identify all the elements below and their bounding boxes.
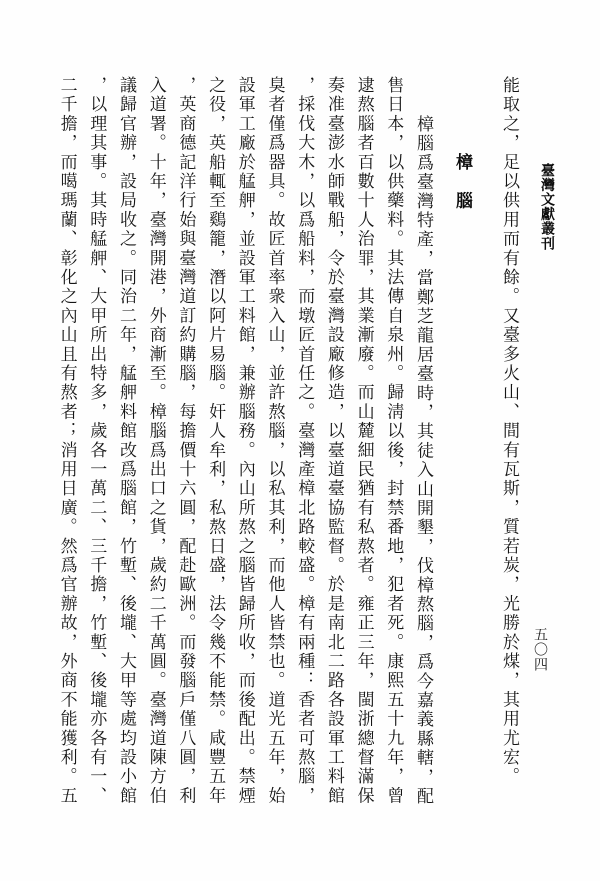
text-column: 奏准臺澎水師戰船，令於臺灣設廠修造，以臺道臺協監督。於是南北二路各設軍工料館 bbox=[324, 76, 344, 806]
text-column: 樟腦爲臺灣特產，當鄭芝龍居臺時，其徒入山開墾，伐樟熬腦，爲今嘉義縣轄，配 bbox=[413, 115, 433, 806]
text-column: 臭者僅爲器具。故匠首率衆入山，並許熬腦，以私其利，而他人皆禁也。道光五年，始 bbox=[265, 76, 285, 806]
scanned-book-page: 臺灣文獻叢刊 五〇四 能取之，足以供用而有餘。又臺多火山、間有瓦斯，質若炭，光勝… bbox=[0, 0, 600, 881]
text-column-lead: 能取之，足以供用而有餘。又臺多火山、間有瓦斯，質若炭，光勝於煤，其用尤宏。 bbox=[499, 76, 519, 786]
page-number: 五〇四 bbox=[532, 627, 548, 673]
series-title: 臺灣文獻叢刊 bbox=[539, 163, 555, 251]
text-column: ，英商德記洋行始與臺灣道訂約購腦，每擔價十六圓，配赴歐洲。而發腦戶僅八圓，利 bbox=[175, 76, 195, 806]
text-column: 逮熬腦者百數十人治罪，其業漸廢。而山麓細民猶有私熬者。雍正三年，閩浙總督滿保 bbox=[354, 76, 374, 806]
text-column: 入道署。十年，臺灣開港，外商漸至。樟腦爲出口之貨，歲約二千萬圓。臺灣道陳方伯 bbox=[146, 76, 166, 806]
text-column: ，採伐大木，以爲船料，而墩匠首任之。臺灣產樟北路較盛。樟有兩種：香者可熬腦， bbox=[294, 76, 314, 806]
text-column: ，以理其事。其時艋舺、大甲所出特多，歲各一萬二、三千擔，竹塹、後壠亦各有一、 bbox=[86, 76, 106, 806]
text-column: 設軍工廠於艋舺，並設軍工料館，兼辦腦務。內山所熬之腦皆歸所收，而後配出。禁煙 bbox=[235, 76, 255, 806]
text-column: 二千擔，而噶瑪蘭、彰化之內山且有熬者；消用日廣。然爲官辦故，外商不能獲利。五 bbox=[57, 76, 77, 806]
text-column: 之役，英船輒至鷄籠，潛以阿片易腦。奸人牟利，私熬日盛，法令幾不能禁。咸豐五年 bbox=[205, 76, 225, 806]
text-column: 議歸官辦，設局收之。同治二年，艋舺料館改爲腦館，竹塹、後壠、大甲等處均設小館 bbox=[116, 76, 136, 806]
section-heading: 樟腦 bbox=[452, 153, 472, 230]
text-column: 售日本，以供藥料。其法傳自泉州。歸淸以後，封禁番地，犯者死。康熙五十九年，曾 bbox=[383, 76, 403, 806]
